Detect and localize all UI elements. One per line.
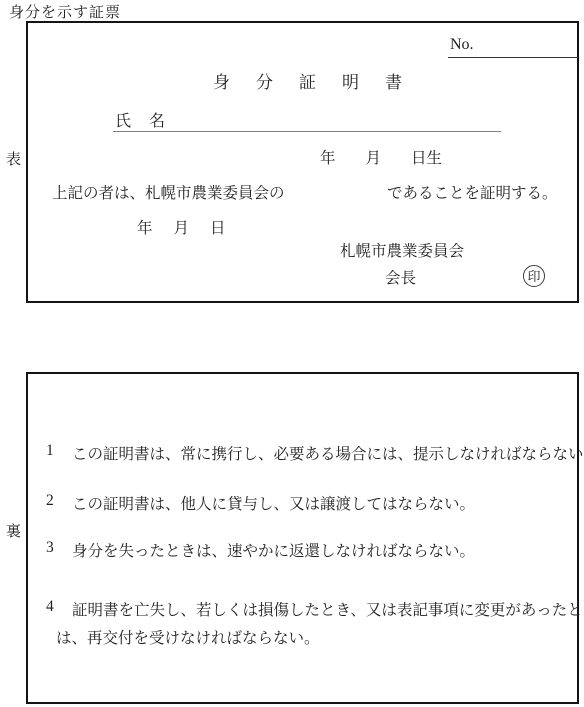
issuer-title: 会長	[385, 266, 416, 288]
rule-number: 2	[46, 492, 72, 514]
rule-item-2: 2 この証明書は、他人に貸与し、又は譲渡してはならない。	[46, 492, 475, 514]
birth-year-label: 年	[320, 146, 336, 168]
rule-number: 1	[46, 442, 72, 464]
birth-month-label: 月	[366, 146, 382, 168]
rule-item-4-continuation: は、再交付を受けなければならない。	[56, 626, 320, 648]
name-field: 氏名	[113, 108, 501, 132]
rule-item-3: 3 身分を失ったときは、速やかに返還しなければならない。	[46, 539, 475, 561]
seal-mark-icon: 印	[523, 265, 545, 287]
document-page: 身分を示す証票 表 裏 No. 身分証明書 氏名 年 月 日生 上記の者は、札幌…	[0, 0, 584, 707]
seal-character: 印	[527, 270, 540, 283]
issuer-name: 札幌市農業委員会	[340, 239, 464, 261]
rule-number: 4	[46, 598, 72, 620]
rule-item-1: 1 この証明書は、常に携行し、必要ある場合には、提示しなければならない。	[46, 442, 584, 464]
rule-text: この証明書は、常に携行し、必要ある場合には、提示しなければならない。	[72, 442, 584, 464]
birth-day-label: 日生	[411, 146, 442, 168]
statement-left: 上記の者は、札幌市農業委員会の	[52, 181, 285, 203]
back-card: 1 この証明書は、常に携行し、必要ある場合には、提示しなければならない。 2 こ…	[26, 372, 579, 704]
front-card: No. 身分証明書 氏名 年 月 日生 上記の者は、札幌市農業委員会の であるこ…	[26, 21, 579, 303]
rule-number: 3	[46, 539, 72, 561]
statement-right: であることを証明する。	[387, 181, 558, 203]
rule-text: 身分を失ったときは、速やかに返還しなければならない。	[72, 539, 475, 561]
certificate-number-field: No.	[448, 36, 578, 58]
page-title: 身分を示す証票	[9, 1, 121, 22]
issue-date-row: 年 月 日	[137, 216, 226, 238]
issue-month-label: 月	[174, 216, 190, 238]
back-side-label: 裏	[6, 520, 21, 541]
certificate-title: 身分証明書	[213, 68, 428, 93]
issue-year-label: 年	[137, 216, 153, 238]
rule-text: この証明書は、他人に貸与し、又は譲渡してはならない。	[72, 492, 475, 514]
issue-day-label: 日	[210, 216, 226, 238]
birth-date-row: 年 月 日生	[320, 146, 442, 168]
rule-text: 証明書を亡失し、若しくは損傷したとき、又は表記事項に変更があったとき	[72, 598, 584, 620]
rule-item-4: 4 証明書を亡失し、若しくは損傷したとき、又は表記事項に変更があったとき	[46, 598, 584, 620]
name-label: 氏名	[113, 113, 183, 130]
no-label: No.	[448, 36, 474, 53]
front-side-label: 表	[6, 148, 21, 169]
